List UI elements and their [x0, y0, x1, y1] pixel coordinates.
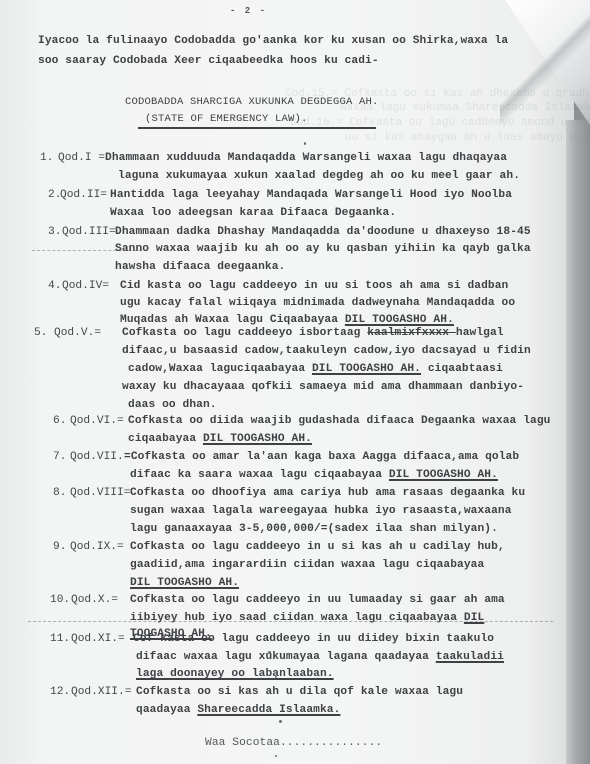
article-2-line-1: Hantidda laga leeyahay Mandaqada Warsang…	[110, 189, 512, 201]
article-11-line-1: Cof kasta oo lagu caddeeyo in uu diidey …	[133, 633, 494, 645]
article-3-line-1: Dhammaan dadka Dhashay Mandaqadda da'doo…	[115, 226, 531, 238]
article-4-line-3-text: Muqadas ah Waxaa lagu Ciqaabayaa	[120, 314, 345, 326]
article-6-penalty: DIL TOOGASHO AH.	[203, 433, 312, 445]
article-8-code: Qod.VIII=	[70, 487, 130, 499]
article-7-line-2-text: difaac ka saara waxaa lagu ciqaabayaa	[130, 469, 389, 481]
article-5-line-2: difaac,u basaasid cadow,taakuleyn cadow,…	[122, 345, 531, 357]
article-8-line-2: sugan waxaa lagala wareegayaa hubka iyo …	[130, 505, 512, 517]
subtitle-underline	[138, 127, 376, 129]
article-11-number: 11.	[50, 633, 70, 645]
article-4-line-1: Cid kasta oo lagu caddeeyo in uu si toos…	[120, 280, 508, 292]
article-12-line-2: qaadayaa Shareecadda Islaamka.	[136, 704, 340, 716]
article-1-number: 1.	[40, 152, 53, 164]
article-5-line-1-text: Cofkasta oo lagu caddeeyo isbortaag kaal…	[122, 327, 504, 339]
article-6-line-2-text: ciqaabayaa	[128, 433, 203, 445]
scan-artifact-line	[28, 621, 553, 622]
article-8-line-1: Cofkasta oo dhoofiya ama cariya hub ama …	[130, 487, 525, 499]
article-9-number: 9.	[53, 541, 66, 553]
article-5-line-4: waxay ku dhacayaaa qofkii samaeya mid am…	[122, 381, 524, 393]
article-4-penalty: DIL TOOGASHO AH.	[345, 314, 454, 326]
article-3-line-2: Sanno waxaa waajib ku ah oo ay ku qasban…	[115, 243, 531, 255]
scan-artifact-line	[32, 250, 142, 251]
article-11-code: Qod.XI.=	[71, 633, 125, 645]
document-subtitle: (STATE OF EMERGENCY LAW).	[145, 113, 308, 125]
article-10-line-2-text: iibiyey hub iyo saad ciidan waxa lagu ci…	[130, 612, 464, 624]
article-11-penalty-part-1: taakuladii	[436, 651, 504, 663]
article-7-number: 7.	[53, 451, 66, 463]
document-title: CODOBADDA SHARCIGA XUKUNKA DEGDEGGA AH.	[125, 96, 379, 108]
article-10-code: Qod.X.=	[71, 594, 118, 606]
article-9-line-2: gaadiid,ama ingarardiin ciidan waxaa lag…	[130, 559, 484, 571]
scan-speck	[304, 142, 306, 145]
article-10-line-1: Cofkasta oo lagu caddeeyo in uu lumaaday…	[130, 594, 505, 606]
article-6-line-1: Cofkasta oo diida waajib gudashada difaa…	[128, 415, 550, 427]
article-6-code: Qod.VI.=	[70, 415, 124, 427]
article-2-line-2: Waxaa loo adeegsan karaa Difaaca Degaank…	[110, 207, 396, 219]
article-12-penalty: Shareecadda Islaamka.	[197, 704, 340, 716]
article-5-line-1-end: hawlgal	[456, 327, 504, 339]
article-11-penalty-part-2: laga doonayey oo labanlaaban.	[136, 668, 334, 680]
article-2-code: Qod.II=	[60, 189, 107, 201]
article-5-penalty: DIL TOOGASHO AH.	[312, 363, 421, 375]
article-11-line-2: difaac waxaa lagu xukumayaa lagana qaada…	[136, 651, 504, 663]
article-5-after-penalty: ciqaabtaasi	[421, 363, 503, 375]
article-5-number: 5.	[34, 327, 47, 339]
article-8-number: 8.	[53, 487, 66, 499]
article-1-line-2: laguna xukumayaa xukun xaalad degdeg ah …	[118, 170, 520, 182]
article-5-line-3: cadow,Waxaa laguciqaabayaa DIL TOOGASHO …	[128, 363, 503, 375]
article-7-line-1: =Cofkasta oo amar la'aan kaga baxa Aagga…	[124, 451, 519, 463]
article-6-line-2: ciqaabayaa DIL TOOGASHO AH.	[128, 433, 312, 445]
page-marker: - 2 -	[230, 6, 267, 16]
article-7-penalty: DIL TOOGASHO AH.	[389, 469, 498, 481]
scan-speck	[268, 651, 271, 654]
article-7-code: Qod.VII.	[70, 451, 124, 463]
article-7-line-2: difaac ka saara waxaa lagu ciqaabayaa DI…	[130, 469, 498, 481]
article-1-line-1: Dhammaan xudduuda Mandaqadda Warsangeli …	[105, 152, 507, 164]
article-10-penalty-part-1: DIL	[464, 612, 484, 624]
article-10-number: 10.	[50, 594, 70, 606]
intro-line-1: Iyacoo la fulinaayo Codobadda go'aanka k…	[38, 35, 508, 47]
article-12-code: Qod.XII.=	[71, 686, 131, 698]
article-9-line-1: Cofkasta oo lagu caddeeyo in u si kas ah…	[130, 541, 505, 553]
article-4-number: 4.	[48, 280, 61, 292]
article-9-penalty: DIL TOOGASHO AH.	[130, 577, 239, 589]
article-3-code: Qod.III=	[62, 226, 116, 238]
article-1-code: Qod.I =	[58, 152, 105, 164]
article-12-line-1: Cofkasta oo si kas ah u dila qof kale wa…	[136, 686, 463, 698]
article-5-line-3-text: cadow,Waxaa laguciqaabayaa	[128, 363, 312, 375]
scan-speck	[275, 755, 277, 757]
article-11-line-2-text: difaac waxaa lagu xukumayaa lagana qaada…	[136, 651, 436, 663]
page-edge-shadow	[566, 120, 590, 764]
article-4-line-2: ugu kacay falal wiiqaya midnimada dadwey…	[120, 297, 515, 309]
article-6-number: 6.	[53, 415, 66, 427]
article-12-number: 12.	[50, 686, 70, 698]
article-5-line-1: Cofkasta oo lagu caddeeyo isbortaag kaal…	[122, 327, 504, 339]
article-5-struck-text: kaalmixfxxxx	[367, 327, 456, 339]
article-9-code: Qod.IX.=	[70, 541, 124, 553]
article-8-line-3: lagu ganaaxayaa 3-5,000,000/=(sadex ilaa…	[130, 523, 498, 535]
article-5-code: Qod.V.=	[54, 327, 101, 339]
closing-line: Waa Socotaa...............	[205, 737, 382, 749]
article-12-line-2-text: qaadayaa	[136, 704, 197, 716]
intro-line-2: soo saaray Codobada Xeer ciqaabeedka hoo…	[38, 55, 379, 67]
article-5-line-5: daas oo dhan.	[128, 399, 217, 411]
scan-speck	[279, 720, 282, 723]
article-10-line-2: iibiyey hub iyo saad ciidan waxa lagu ci…	[130, 612, 484, 624]
article-4-line-3: Muqadas ah Waxaa lagu Ciqaabayaa DIL TOO…	[120, 314, 454, 326]
article-3-number: 3.	[48, 226, 61, 238]
article-4-code: Qod.IV=	[62, 280, 109, 292]
scan-speck	[275, 676, 277, 678]
article-3-line-3: hawsha difaaca deegaanka.	[115, 261, 285, 273]
